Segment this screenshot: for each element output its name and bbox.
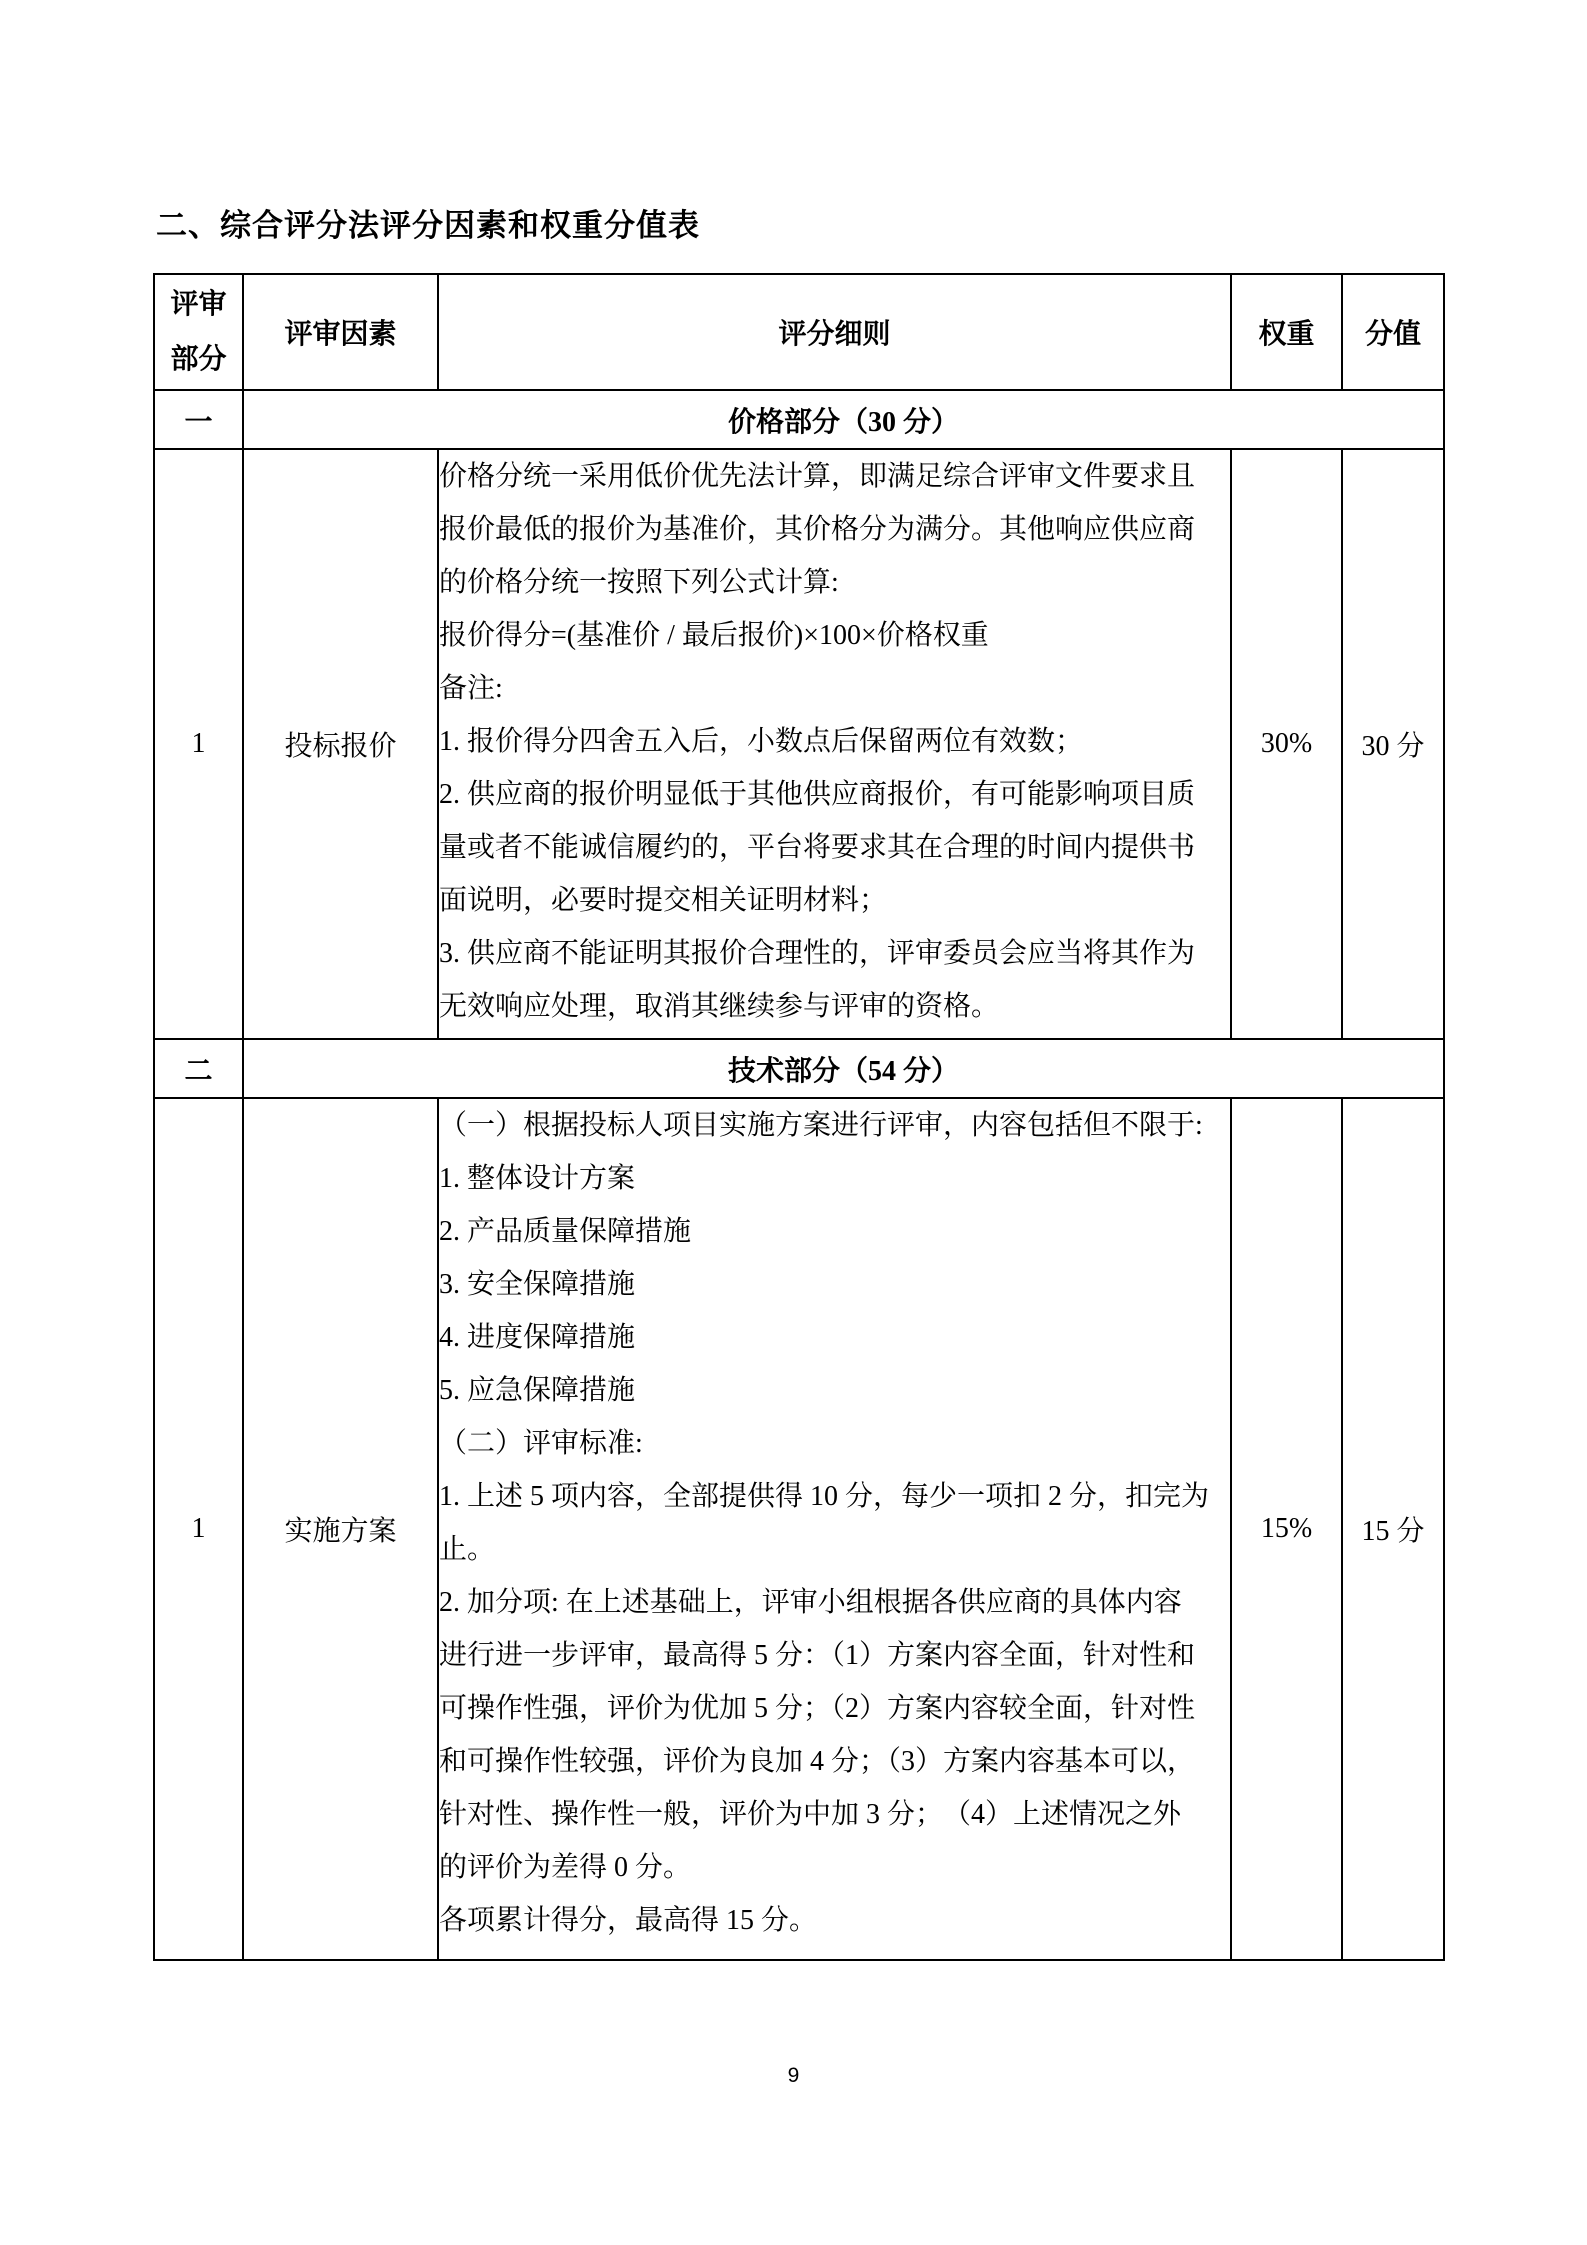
page-number: 9 bbox=[0, 2064, 1587, 2088]
section-no-price: 一 bbox=[154, 390, 243, 449]
detail-line: 止。 bbox=[439, 1523, 1230, 1576]
detail-line: 5. 应急保障措施 bbox=[439, 1364, 1230, 1417]
row-no-implementation-plan: 1 bbox=[154, 1098, 243, 1960]
detail-line: 备注: bbox=[439, 662, 1230, 715]
detail-line: 4. 进度保障措施 bbox=[439, 1311, 1230, 1364]
detail-line: 1. 整体设计方案 bbox=[439, 1152, 1230, 1205]
detail-line: （二）评审标准: bbox=[439, 1417, 1230, 1470]
detail-line: 报价得分=(基准价 / 最后报价)×100×价格权重 bbox=[439, 609, 1230, 662]
section-no-technical: 二 bbox=[154, 1039, 243, 1098]
table-row-implementation-plan: 1 实施方案 （一）根据投标人项目实施方案进行评审，内容包括但不限于:1. 整体… bbox=[154, 1098, 1444, 1960]
col-header-review-part-line1: 评审 bbox=[155, 277, 242, 332]
score-bid-price: 30 分 bbox=[1342, 449, 1444, 1039]
col-header-review-part-line2: 部分 bbox=[155, 332, 242, 387]
detail-implementation-plan: （一）根据投标人项目实施方案进行评审，内容包括但不限于:1. 整体设计方案2. … bbox=[438, 1098, 1231, 1960]
factor-bid-price: 投标报价 bbox=[243, 449, 438, 1039]
factor-implementation-plan: 实施方案 bbox=[243, 1098, 438, 1960]
table-header-row: 评审 部分 评审因素 评分细则 权重 分值 bbox=[154, 274, 1444, 390]
detail-line: 量或者不能诚信履约的，平台将要求其在合理的时间内提供书 bbox=[439, 821, 1230, 874]
weight-bid-price: 30% bbox=[1231, 449, 1342, 1039]
detail-line: 面说明，必要时提交相关证明材料； bbox=[439, 874, 1230, 927]
detail-line: （一）根据投标人项目实施方案进行评审，内容包括但不限于: bbox=[439, 1099, 1230, 1152]
detail-bid-price: 价格分统一采用低价优先法计算，即满足综合评审文件要求且报价最低的报价为基准价，其… bbox=[438, 449, 1231, 1039]
table-row-bid-price: 1 投标报价 价格分统一采用低价优先法计算，即满足综合评审文件要求且报价最低的报… bbox=[154, 449, 1444, 1039]
section-title-price: 价格部分（30 分） bbox=[243, 390, 1444, 449]
section-title-technical: 技术部分（54 分） bbox=[243, 1039, 1444, 1098]
detail-line: 报价最低的报价为基准价，其价格分为满分。其他响应供应商 bbox=[439, 503, 1230, 556]
col-header-weight: 权重 bbox=[1231, 274, 1342, 390]
col-header-review-factor: 评审因素 bbox=[243, 274, 438, 390]
detail-line: 3. 安全保障措施 bbox=[439, 1258, 1230, 1311]
detail-line: 无效响应处理，取消其继续参与评审的资格。 bbox=[439, 980, 1230, 1033]
row-no-bid-price: 1 bbox=[154, 449, 243, 1039]
section-heading: 二、综合评分法评分因素和权重分值表 bbox=[156, 200, 700, 245]
detail-line: 可操作性强，评价为优加 5 分；（2）方案内容较全面，针对性 bbox=[439, 1682, 1230, 1735]
document-page: 二、综合评分法评分因素和权重分值表 评审 部分 评审因素 评分细则 权重 分值 … bbox=[0, 0, 1587, 2245]
detail-line: 针对性、操作性一般，评价为中加 3 分； （4）上述情况之外 bbox=[439, 1788, 1230, 1841]
detail-line: 各项累计得分，最高得 15 分。 bbox=[439, 1894, 1230, 1947]
weight-implementation-plan: 15% bbox=[1231, 1098, 1342, 1960]
scoring-table: 评审 部分 评审因素 评分细则 权重 分值 一 价格部分（30 分） 1 投标报… bbox=[153, 273, 1445, 1961]
section-row-technical: 二 技术部分（54 分） bbox=[154, 1039, 1444, 1098]
detail-line: 价格分统一采用低价优先法计算，即满足综合评审文件要求且 bbox=[439, 450, 1230, 503]
detail-line: 3. 供应商不能证明其报价合理性的，评审委员会应当将其作为 bbox=[439, 927, 1230, 980]
col-header-review-part: 评审 部分 bbox=[154, 274, 243, 390]
detail-line: 和可操作性较强，评价为良加 4 分；（3）方案内容基本可以， bbox=[439, 1735, 1230, 1788]
detail-line: 2. 产品质量保障措施 bbox=[439, 1205, 1230, 1258]
detail-line: 进行进一步评审，最高得 5 分：（1）方案内容全面，针对性和 bbox=[439, 1629, 1230, 1682]
section-row-price: 一 价格部分（30 分） bbox=[154, 390, 1444, 449]
detail-line: 1. 上述 5 项内容，全部提供得 10 分，每少一项扣 2 分，扣完为 bbox=[439, 1470, 1230, 1523]
detail-line: 的价格分统一按照下列公式计算: bbox=[439, 556, 1230, 609]
detail-line: 2. 供应商的报价明显低于其他供应商报价，有可能影响项目质 bbox=[439, 768, 1230, 821]
score-implementation-plan: 15 分 bbox=[1342, 1098, 1444, 1960]
detail-line: 1. 报价得分四舍五入后，小数点后保留两位有效数； bbox=[439, 715, 1230, 768]
detail-line: 的评价为差得 0 分。 bbox=[439, 1841, 1230, 1894]
col-header-scoring-rules: 评分细则 bbox=[438, 274, 1231, 390]
detail-line: 2. 加分项: 在上述基础上，评审小组根据各供应商的具体内容 bbox=[439, 1576, 1230, 1629]
col-header-score: 分值 bbox=[1342, 274, 1444, 390]
